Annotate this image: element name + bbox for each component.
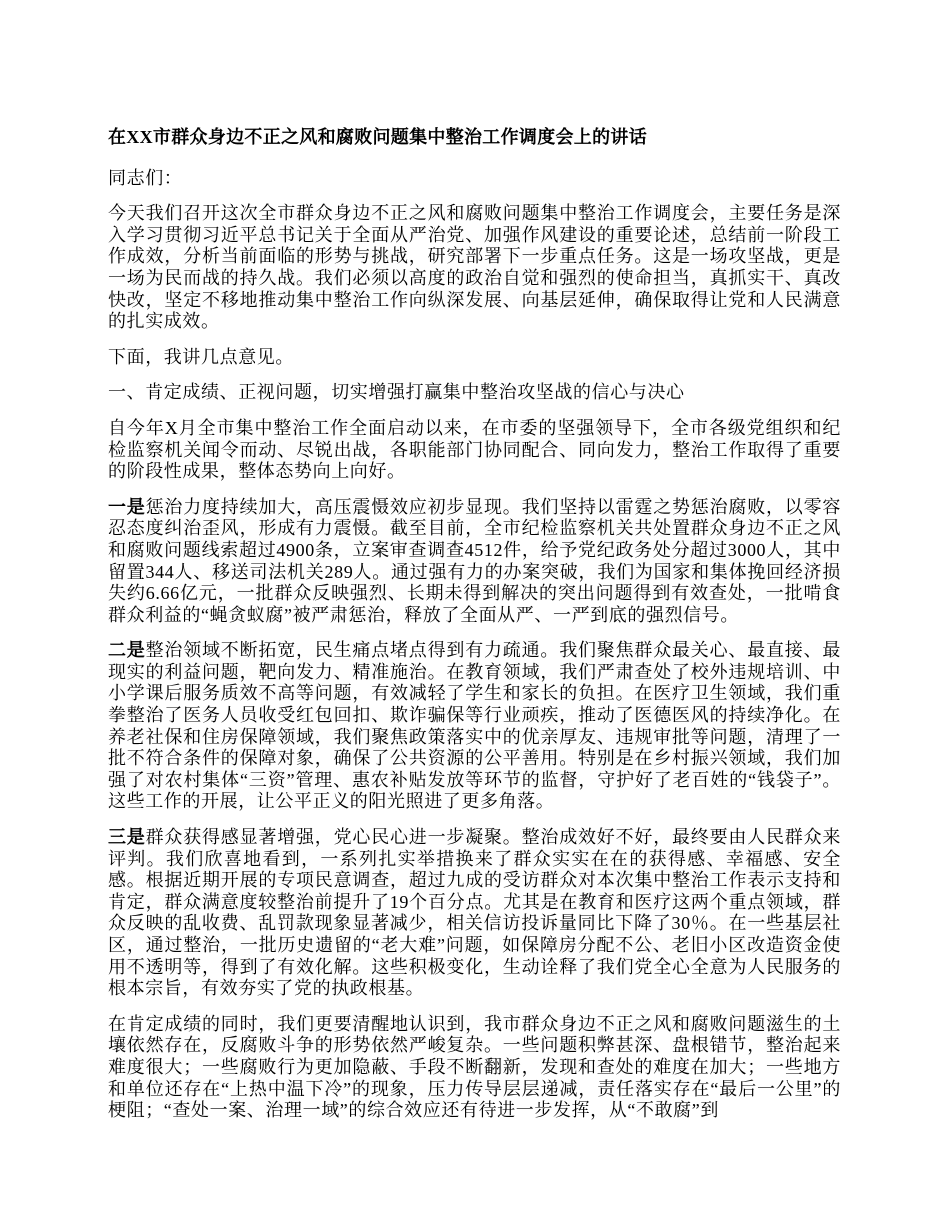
salutation: 同志们：: [108, 168, 841, 190]
point-3-paragraph: 三是群众获得感显著增强，党心民心进一步凝聚。整治成效好不好，最终要由人民群众来评…: [108, 827, 841, 1000]
point-3-lead: 三是: [108, 827, 146, 847]
document-title: 在XX市群众身边不正之风和腐败问题集中整治工作调度会上的讲话: [108, 127, 841, 149]
section-1-heading: 一、肯定成绩、正视问题，切实增强打赢集中整治攻坚战的信心与决心: [108, 382, 841, 404]
section-1-opening-paragraph: 自今年X月全市集中整治工作全面启动以来，在市委的坚强领导下，全市各级党组织和纪检…: [108, 418, 841, 483]
point-2-paragraph: 二是整治领域不断拓宽，民生痛点堵点得到有力疏通。我们聚焦群众最关心、最直接、最现…: [108, 640, 841, 813]
transition-paragraph: 下面，我讲几点意见。: [108, 347, 841, 369]
point-3-text: 群众获得感显著增强，党心民心进一步凝聚。整治成效好不好，最终要由人民群众来评判。…: [108, 827, 841, 998]
point-1-paragraph: 一是惩治力度持续加大，高压震慑效应初步显现。我们坚持以雷霆之势惩治腐败，以零容忍…: [108, 497, 841, 627]
point-2-lead: 二是: [108, 640, 146, 660]
point-1-text: 惩治力度持续加大，高压震慑效应初步显现。我们坚持以雷霆之势惩治腐败，以零容忍态度…: [108, 497, 841, 625]
point-2-text: 整治领域不断拓宽，民生痛点堵点得到有力疏通。我们聚焦群众最关心、最直接、最现实的…: [108, 640, 841, 811]
intro-paragraph: 今天我们召开这次全市群众身边不正之风和腐败问题集中整治工作调度会，主要任务是深入…: [108, 203, 841, 333]
document-body: 在XX市群众身边不正之风和腐败问题集中整治工作调度会上的讲话 同志们： 今天我们…: [108, 127, 841, 1136]
assessment-paragraph: 在肯定成绩的同时，我们更要清醒地认识到，我市群众身边不正之风和腐败问题滋生的土壤…: [108, 1014, 841, 1122]
document-page: { "document": { "title": "在XX市群众身边不正之风和腐…: [0, 0, 950, 1230]
point-1-lead: 一是: [108, 497, 146, 517]
